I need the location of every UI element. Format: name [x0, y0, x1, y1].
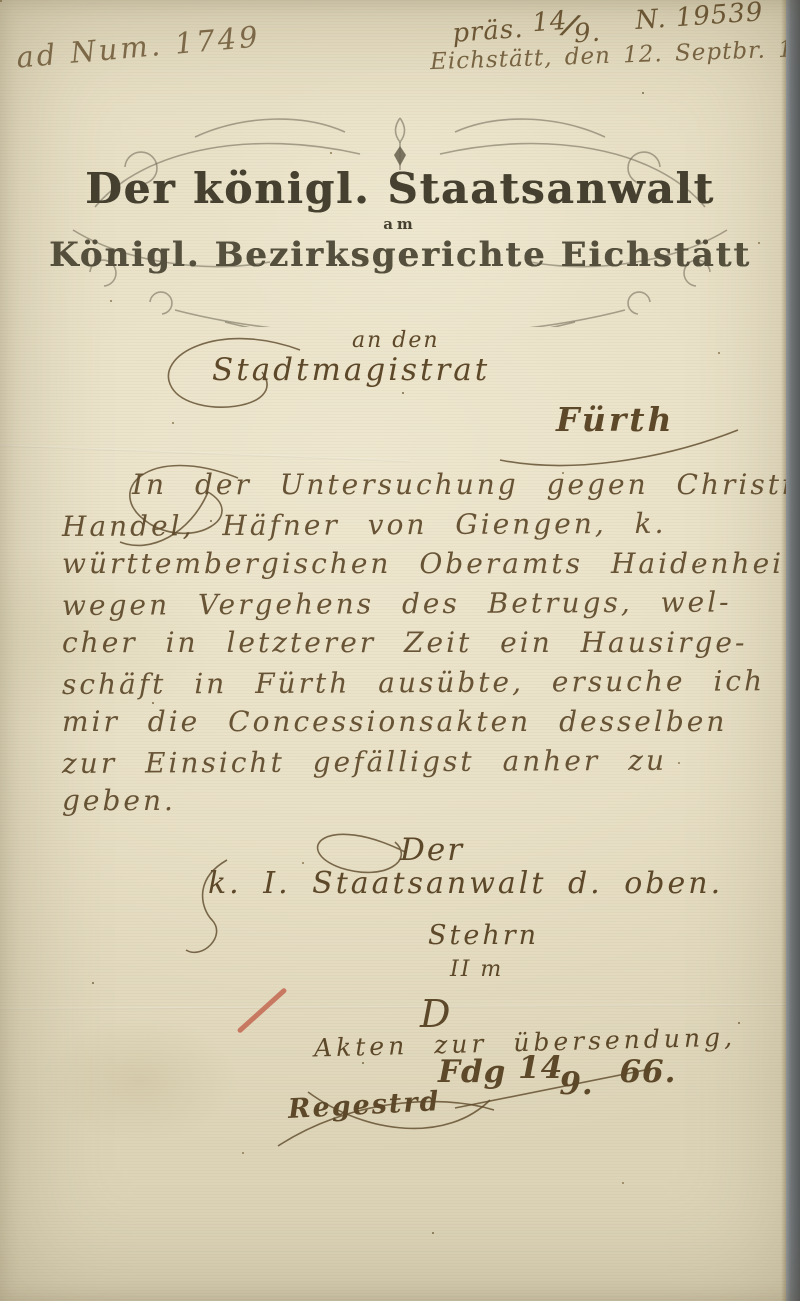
letter-body: In der Untersuchung gegen Christian Hand… [62, 468, 800, 824]
closing-der: Der [400, 832, 464, 868]
paper-specks [0, 0, 2, 2]
disposition-date: Fdg 149. 66. [438, 1054, 676, 1090]
body-line: schäft in Fürth ausübte, ersuche ich [62, 664, 800, 707]
body-line: In der Untersuchung gegen Christian [62, 468, 800, 508]
letterhead-am: am [0, 215, 800, 233]
paper-crease [0, 1004, 788, 1010]
printed-letterhead: Der königl. Staatsanwalt am Königl. Bezi… [0, 112, 800, 275]
body-line: geben. [62, 784, 800, 824]
scan-background-edge [786, 0, 800, 1301]
disposition-date-month: 9. [559, 1066, 593, 1102]
red-crayon-mark [237, 987, 288, 1034]
letterhead-court: Königl. Bezirksgerichte Eichstätt [0, 235, 800, 275]
scanned-letter-page: ad Num. 1749 präs. 14∕9. N. 19539 Eichst… [0, 0, 800, 1301]
received-label: präs. [451, 14, 524, 49]
body-line: mir die Concessionsakten desselben [62, 705, 800, 745]
letterhead-title: Der königl. Staatsanwalt [0, 164, 800, 213]
body-line: zur Einsicht gefälligst anher zu [62, 743, 800, 786]
clerk-signature: Regestrd [287, 1086, 441, 1125]
disposition-date-year: 66. [619, 1054, 676, 1090]
prosecutor-signature: Stehrn [428, 920, 539, 951]
body-line: cher in letzterer Zeit ein Hausirge- [62, 626, 800, 666]
paper-crease [0, 444, 410, 463]
address-recipient: Stadtmagistrat [212, 352, 490, 388]
body-line: Handel, Häfner von Giengen, k. [62, 506, 800, 549]
disposition-date-day: 14 [518, 1050, 563, 1086]
closing-office: k. I. Staatsanwalt d. oben. [208, 866, 723, 901]
body-line: württembergischen Oberamts Haidenheim [62, 547, 800, 587]
disposition-date-prefix: Fdg [438, 1054, 506, 1090]
address-city: Fürth [556, 400, 674, 439]
received-number: N. 19539 [634, 0, 764, 36]
body-line: wegen Vergehens des Betrugs, wel- [62, 585, 800, 628]
filing-annotation: ad Num. 1749 [15, 19, 262, 74]
registrar-mark: II m [450, 957, 503, 982]
address-salutation: an den [352, 328, 440, 353]
